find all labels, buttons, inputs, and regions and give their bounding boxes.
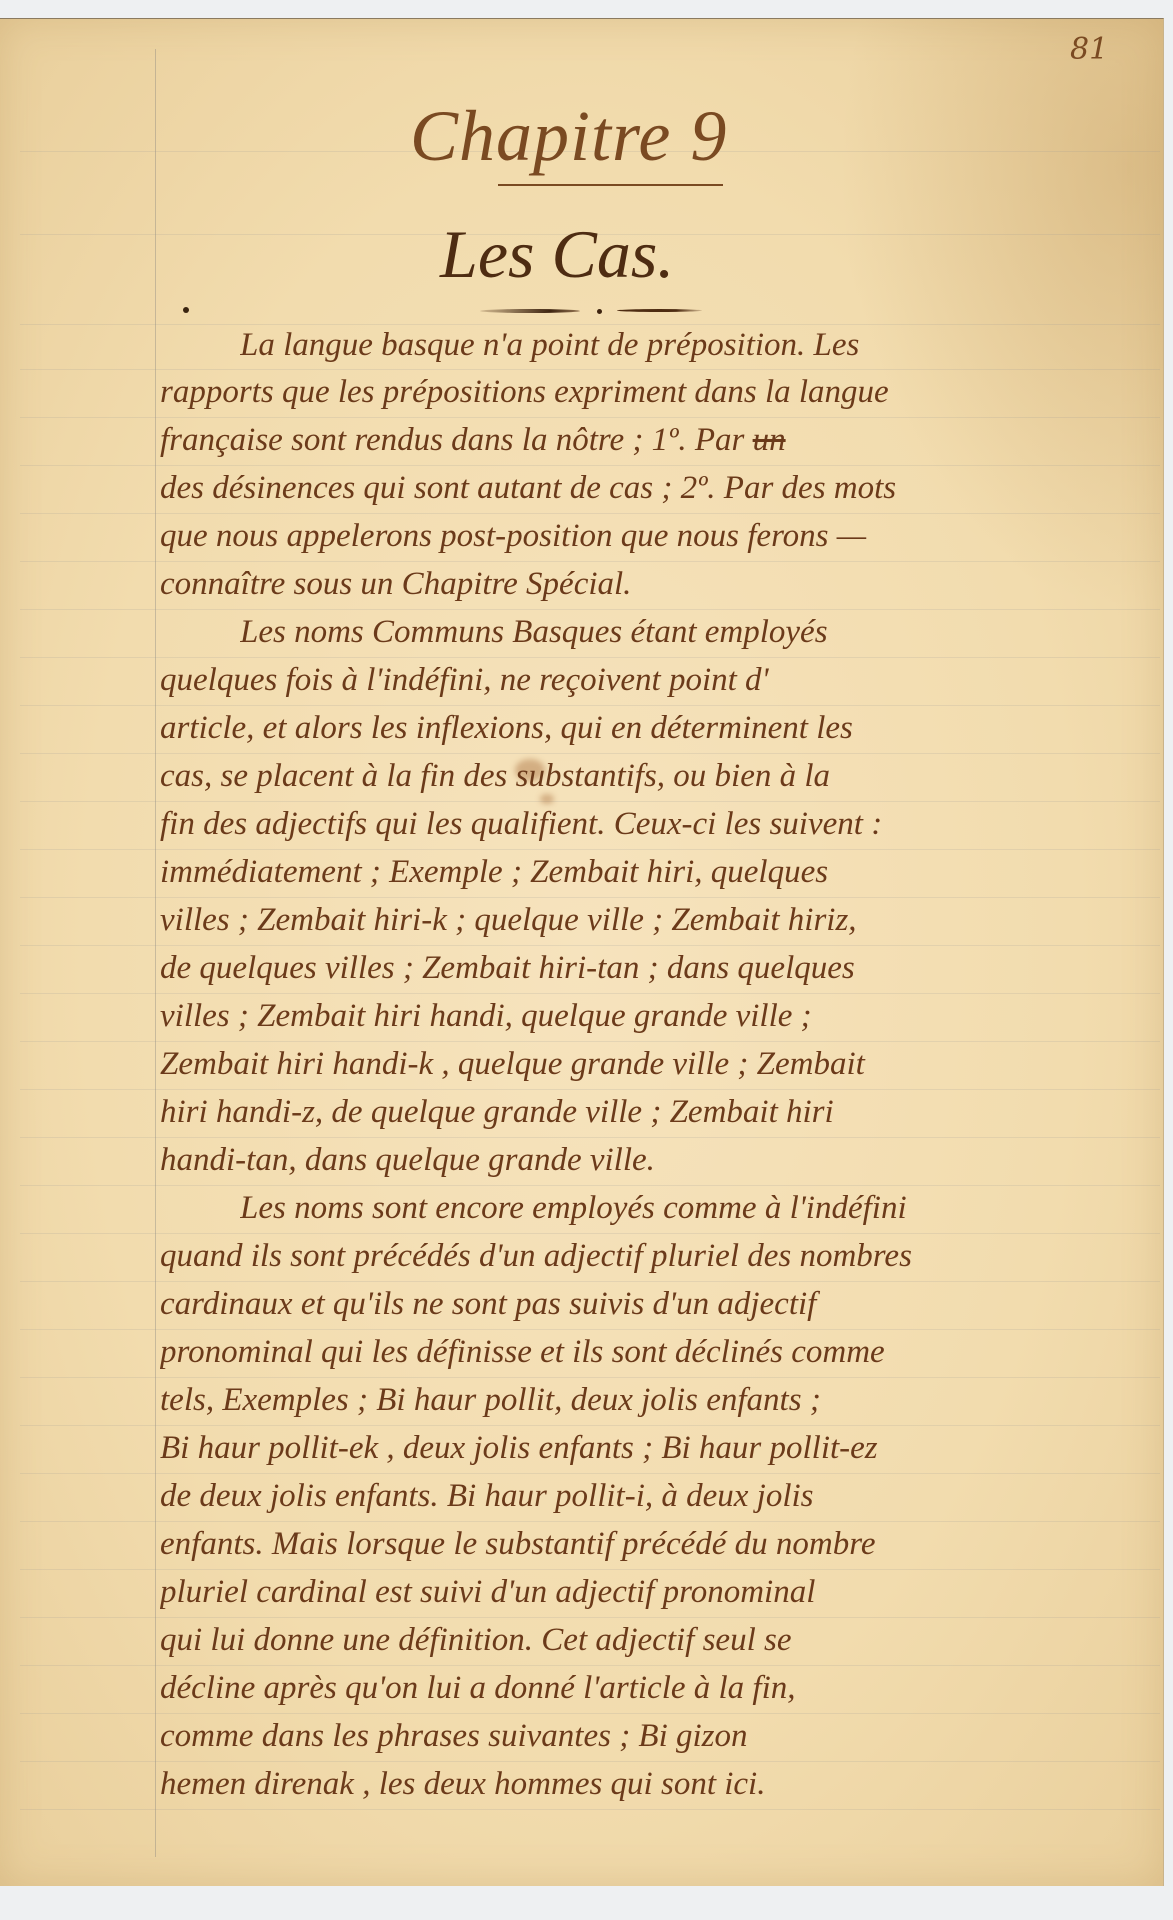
text-line: comme dans les phrases suivantes ; Bi gi… [160,1716,1150,1756]
line-text: de quelques villes ; Zembait hiri-tan ; … [160,950,855,986]
ornament-dash-left [480,309,580,313]
ruled-line [20,753,1160,754]
line-text: pronominal qui les définisse et ils sont… [160,1334,885,1370]
chapter-title: Chapitre 9 [410,95,727,178]
ruled-line [20,801,1160,802]
text-line: Les noms Communs Basques étant employés [240,612,1150,652]
separator-ornament [480,306,710,316]
text-line: cas, se placent à la fin des substantifs… [160,756,1150,796]
ruled-line [20,1185,1160,1186]
line-text: rapports que les prépositions expriment … [160,374,889,410]
text-line: connaître sous un Chapitre Spécial. [160,564,1150,604]
line-text: des désinences qui sont autant de cas ; … [160,470,896,506]
ruled-line [20,513,1160,514]
text-line: Zembait hiri handi-k , quelque grande vi… [160,1044,1150,1084]
ruled-line [20,897,1160,898]
line-text: de deux jolis enfants. Bi haur pollit-i,… [160,1478,814,1514]
ruled-line [20,1233,1160,1234]
ruled-line [20,1521,1160,1522]
line-text: villes ; Zembait hiri-k ; quelque ville … [160,902,857,938]
text-line: des désinences qui sont autant de cas ; … [160,468,1150,508]
line-text: handi-tan, dans quelque grande ville. [160,1142,655,1178]
ruled-line [20,1425,1160,1426]
text-line: pluriel cardinal est suivi d'un adjectif… [160,1572,1150,1612]
line-text: quelques fois à l'indéfini, ne reçoivent… [160,662,769,698]
ruled-line [20,705,1160,706]
ruled-line [20,993,1160,994]
text-line: villes ; Zembait hiri-k ; quelque ville … [160,900,1150,940]
line-text: cas, se placent à la fin des substantifs… [160,758,830,794]
line-text: immédiatement ; Exemple ; Zembait hiri, … [160,854,828,890]
text-line: article, et alors les inflexions, qui en… [160,708,1150,748]
ruled-line [20,1665,1160,1666]
ruled-line [20,1041,1160,1042]
line-text: hiri handi-z, de quelque grande ville ; … [160,1094,834,1130]
line-text: La langue basque n'a point de prépositio… [240,327,859,363]
ruled-line [20,1089,1160,1090]
ruled-line [20,609,1160,610]
text-line: hemen direnak , les deux hommes qui sont… [160,1764,1150,1804]
title-underline [498,184,723,186]
line-text: décline après qu'on lui a donné l'articl… [160,1670,796,1706]
ruled-line [20,1617,1160,1618]
ruled-line [20,1137,1160,1138]
text-line: décline après qu'on lui a donné l'articl… [160,1668,1150,1708]
text-line: de deux jolis enfants. Bi haur pollit-i,… [160,1476,1150,1516]
line-text: qui lui donne une définition. Cet adject… [160,1622,791,1658]
ruled-line [20,1761,1160,1762]
margin-dot [183,307,189,313]
margin-line [155,49,156,1857]
ruled-line [20,1569,1160,1570]
text-line: villes ; Zembait hiri handi, quelque gra… [160,996,1150,1036]
text-line: Bi haur pollit-ek , deux jolis enfants ;… [160,1428,1150,1468]
text-line: de quelques villes ; Zembait hiri-tan ; … [160,948,1150,988]
line-text: comme dans les phrases suivantes ; Bi gi… [160,1718,748,1754]
text-line: enfants. Mais lorsque le substantif préc… [160,1524,1150,1564]
text-line: quand ils sont précédés d'un adjectif pl… [160,1236,1150,1276]
ruled-line [20,849,1160,850]
line-text: quand ils sont précédés d'un adjectif pl… [160,1238,912,1274]
text-line: handi-tan, dans quelque grande ville. [160,1140,1150,1180]
text-line: Les noms sont encore employés comme à l'… [240,1188,1150,1228]
section-title: Les Cas. [440,215,674,294]
text-line: tels, Exemples ; Bi haur pollit, deux jo… [160,1380,1150,1420]
line-text: Les noms sont encore employés comme à l'… [240,1190,907,1226]
text-line: fin des adjectifs qui les qualifient. Ce… [160,804,1150,844]
ruled-line [20,1473,1160,1474]
line-text: connaître sous un Chapitre Spécial. [160,566,631,602]
text-line: cardinaux et qu'ils ne sont pas suivis d… [160,1284,1150,1324]
ruled-line [20,657,1160,658]
text-line: pronominal qui les définisse et ils sont… [160,1332,1150,1372]
line-text: que nous appelerons post-position que no… [160,518,866,554]
line-text: pluriel cardinal est suivi d'un adjectif… [160,1574,815,1610]
line-text: Les noms Communs Basques étant employés [240,614,828,650]
ruled-line [20,561,1160,562]
text-line: que nous appelerons post-position que no… [160,516,1150,556]
text-line: quelques fois à l'indéfini, ne reçoivent… [160,660,1150,700]
text-line: rapports que les prépositions expriment … [160,372,1150,412]
line-text: française sont rendus dans la nôtre ; 1º… [160,422,744,458]
text-line: immédiatement ; Exemple ; Zembait hiri, … [160,852,1150,892]
line-text: tels, Exemples ; Bi haur pollit, deux jo… [160,1382,821,1418]
text-line: française sont rendus dans la nôtre ; 1º… [160,420,1150,460]
ruled-line [20,1809,1160,1810]
ruled-line [20,369,1160,370]
struck-word: un [753,422,786,458]
line-text: villes ; Zembait hiri handi, quelque gra… [160,998,812,1034]
line-text: hemen direnak , les deux hommes qui sont… [160,1766,765,1802]
ornament-dot [597,309,602,314]
page-number: 81 [1070,32,1108,67]
text-line: hiri handi-z, de quelque grande ville ; … [160,1092,1150,1132]
ruled-line [20,945,1160,946]
text-line: La langue basque n'a point de prépositio… [240,325,1150,365]
ruled-line [20,417,1160,418]
ruled-line [20,465,1160,466]
ruled-line [20,1329,1160,1330]
ruled-line [20,1377,1160,1378]
line-text: Bi haur pollit-ek , deux jolis enfants ;… [160,1430,878,1466]
line-text: Zembait hiri handi-k , quelque grande vi… [160,1046,865,1082]
ruled-line [20,1713,1160,1714]
line-text: fin des adjectifs qui les qualifient. Ce… [160,806,882,842]
line-text: article, et alors les inflexions, qui en… [160,710,853,746]
ornament-dash-right [617,309,702,312]
ruled-line [20,1281,1160,1282]
text-line: qui lui donne une définition. Cet adject… [160,1620,1150,1660]
line-text: enfants. Mais lorsque le substantif préc… [160,1526,876,1562]
line-text: cardinaux et qu'ils ne sont pas suivis d… [160,1286,816,1322]
